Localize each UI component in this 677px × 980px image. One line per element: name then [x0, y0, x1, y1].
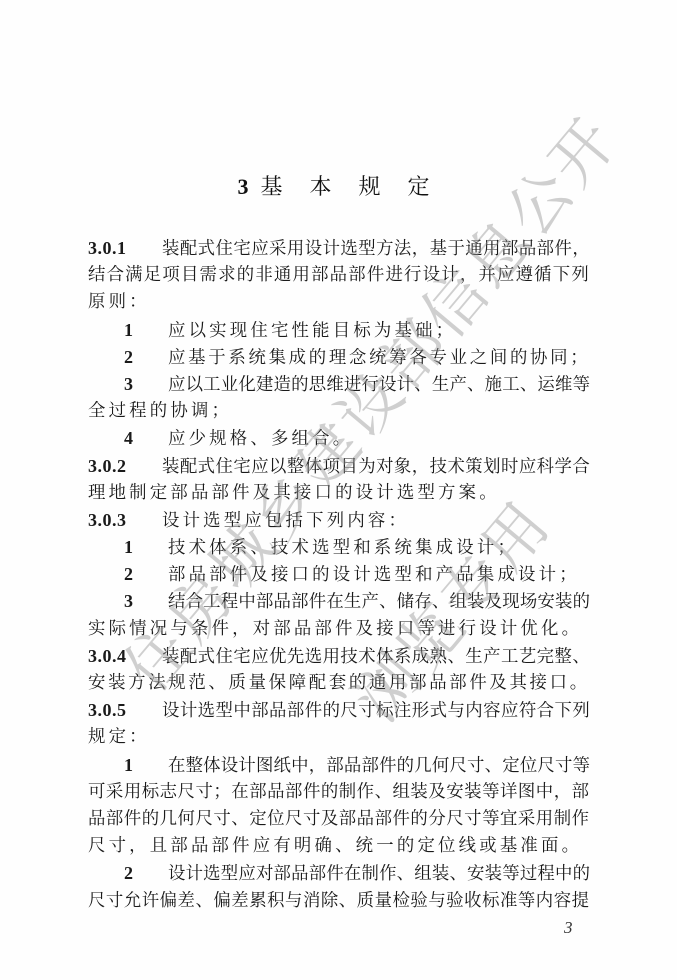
- line-text: 装配式住宅应采用设计选型方法，基于通用部品部件，: [162, 239, 590, 259]
- line-text: 结合工程中部品部件在生产、储存、组装及现场安装的: [168, 592, 590, 612]
- clause-line: 3.0.4装配式住宅应优先选用技术体系成熟、生产工艺完整、: [88, 643, 590, 670]
- item-number: 1: [88, 534, 168, 561]
- list-item-line: 1在整体设计图纸中，部品部件的几何尺寸、定位尺寸等: [88, 752, 590, 779]
- continuation-line: 全过程的协调；: [88, 398, 590, 425]
- line-text: 安装方法规范、质量保障配套的通用部品部件及其接口。: [88, 673, 590, 693]
- clause-number: 3.0.1: [88, 235, 162, 262]
- line-text: 尺寸，且部品部件应有明确、统一的定位线或基准面。: [88, 836, 582, 856]
- line-text: 装配式住宅应优先选用技术体系成熟、生产工艺完整、: [162, 647, 590, 667]
- item-number: 2: [88, 561, 168, 588]
- line-text: 原则：: [88, 292, 150, 312]
- line-text: 应基于系统集成的理念统筹各专业之间的协同；: [168, 348, 590, 368]
- item-number: 4: [88, 425, 168, 452]
- clause-line: 3.0.2装配式住宅应以整体项目为对象，技术策划时应科学合: [88, 453, 590, 480]
- continuation-line: 理地制定部品部件及其接口的设计选型方案。: [88, 480, 590, 507]
- item-number: 2: [88, 344, 168, 371]
- continuation-line: 原则：: [88, 289, 590, 316]
- continuation-line: 规定：: [88, 724, 590, 751]
- line-text: 实际情况与条件，对部品部件及接口等进行设计优化。: [88, 619, 582, 639]
- list-item-line: 3应以工业化建造的思维进行设计、生产、施工、运维等: [88, 371, 590, 398]
- page-number: 3: [564, 918, 573, 938]
- line-text: 设计选型应包括下列内容：: [162, 511, 409, 531]
- clause-line: 3.0.3设计选型应包括下列内容：: [88, 507, 590, 534]
- item-number: 3: [88, 588, 168, 615]
- list-item-line: 2设计选型应对部品部件在制作、组装、安装等过程中的: [88, 860, 590, 887]
- line-text: 设计选型中部品部件的尺寸标注形式与内容应符合下列: [162, 701, 590, 721]
- line-text: 应少规格、多组合。: [168, 429, 353, 449]
- clause-number: 3.0.3: [88, 507, 162, 534]
- item-number: 3: [88, 371, 168, 398]
- item-number: 1: [88, 752, 168, 779]
- line-text: 全过程的协调；: [88, 401, 232, 421]
- continuation-line: 尺寸允许偏差、偏差累积与消除、质量检验与验收标准等内容提: [88, 888, 590, 915]
- chapter-title-text: 基 本 规 定: [261, 175, 440, 200]
- clause-number: 3.0.5: [88, 697, 162, 724]
- line-text: 在整体设计图纸中，部品部件的几何尺寸、定位尺寸等: [168, 756, 590, 776]
- line-text: 应以工业化建造的思维进行设计、生产、施工、运维等: [168, 375, 590, 395]
- body-text: 3.0.1装配式住宅应采用设计选型方法，基于通用部品部件，结合满足项目需求的非通…: [88, 235, 590, 915]
- line-text: 设计选型应对部品部件在制作、组装、安装等过程中的: [168, 864, 590, 884]
- continuation-line: 结合满足项目需求的非通用部品部件进行设计，并应遵循下列: [88, 262, 590, 289]
- list-item-line: 2部品部件及接口的设计选型和产品集成设计；: [88, 561, 590, 588]
- continuation-line: 品部件的几何尺寸、定位尺寸及部品部件的分尺寸等宜采用制作: [88, 806, 590, 833]
- line-text: 应以实现住宅性能目标为基础；: [168, 321, 456, 341]
- line-text: 品部件的几何尺寸、定位尺寸及部品部件的分尺寸等宜采用制作: [88, 809, 590, 829]
- line-text: 可采用标志尺寸；在部品部件的制作、组装及安装等详图中，部: [88, 782, 590, 802]
- list-item-line: 4应少规格、多组合。: [88, 425, 590, 452]
- chapter-heading: 3基 本 规 定: [0, 170, 677, 201]
- list-item-line: 1应以实现住宅性能目标为基础；: [88, 317, 590, 344]
- list-item-line: 2应基于系统集成的理念统筹各专业之间的协同；: [88, 344, 590, 371]
- document-page: 3基 本 规 定 3.0.1装配式住宅应采用设计选型方法，基于通用部品部件，结合…: [0, 0, 677, 980]
- list-item-line: 3结合工程中部品部件在生产、储存、组装及现场安装的: [88, 588, 590, 615]
- clause-number: 3.0.4: [88, 643, 162, 670]
- clause-line: 3.0.1装配式住宅应采用设计选型方法，基于通用部品部件，: [88, 235, 590, 262]
- list-item-line: 1技术体系、技术选型和系统集成设计；: [88, 534, 590, 561]
- line-text: 部品部件及接口的设计选型和产品集成设计；: [168, 565, 580, 585]
- clause-number: 3.0.2: [88, 453, 162, 480]
- continuation-line: 实际情况与条件，对部品部件及接口等进行设计优化。: [88, 616, 590, 643]
- line-text: 装配式住宅应以整体项目为对象，技术策划时应科学合: [162, 457, 590, 477]
- continuation-line: 可采用标志尺寸；在部品部件的制作、组装及安装等详图中，部: [88, 779, 590, 806]
- continuation-line: 尺寸，且部品部件应有明确、统一的定位线或基准面。: [88, 833, 590, 860]
- clause-line: 3.0.5设计选型中部品部件的尺寸标注形式与内容应符合下列: [88, 697, 590, 724]
- continuation-line: 安装方法规范、质量保障配套的通用部品部件及其接口。: [88, 670, 590, 697]
- line-text: 技术体系、技术选型和系统集成设计；: [168, 538, 518, 558]
- item-number: 1: [88, 317, 168, 344]
- line-text: 理地制定部品部件及其接口的设计选型方案。: [88, 483, 500, 503]
- item-number: 2: [88, 860, 168, 887]
- line-text: 尺寸允许偏差、偏差累积与消除、质量检验与验收标准等内容提: [88, 891, 590, 911]
- line-text: 规定：: [88, 727, 150, 747]
- chapter-number: 3: [238, 174, 249, 199]
- line-text: 结合满足项目需求的非通用部品部件进行设计，并应遵循下列: [88, 265, 590, 285]
